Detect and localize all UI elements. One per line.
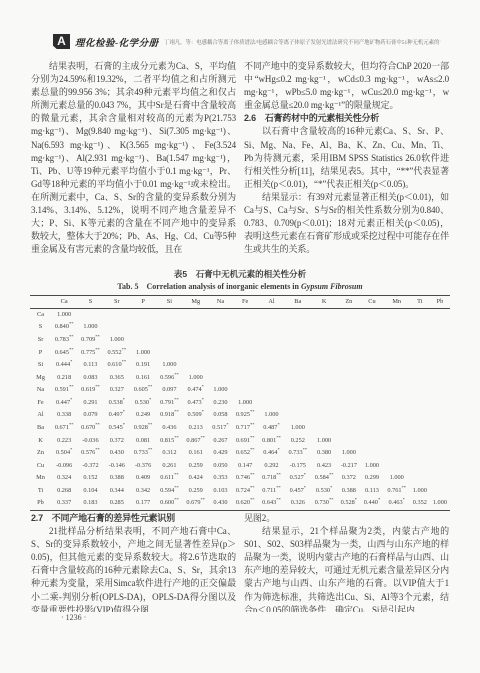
- correlation-cell: 0.152: [77, 472, 103, 485]
- correlation-cell: [209, 359, 232, 372]
- correlation-cell: 0.312: [156, 447, 182, 460]
- significance-marker: **: [95, 384, 100, 389]
- correlation-cell: 0.285: [104, 497, 130, 510]
- correlation-cell: [430, 372, 450, 385]
- correlation-method-paragraph: 以石膏中含量较高的16种元素Ca、S、Sr、P、Si、Mg、Na、Fe、Al、B…: [244, 125, 449, 190]
- running-head: 丁翊凡，等：电感耦合等离子体质谱法/电感耦合等离子体原子发射光谱法研究不同产地矿…: [164, 38, 441, 46]
- correlation-cell: 0.473*: [183, 397, 209, 410]
- table-title-en-text: Tab. 5 Correlation analysis of inorganic…: [117, 282, 301, 291]
- significance-marker: *: [202, 384, 204, 389]
- correlation-cell: 0.724**: [232, 485, 258, 498]
- correlation-cell: 0.928**: [130, 422, 156, 435]
- page-number: · 1236 ·: [31, 613, 266, 622]
- correlation-cell: [258, 346, 284, 359]
- correlation-cell: [258, 334, 284, 347]
- correlation-cell: -0.036: [77, 434, 103, 447]
- element-column-header: Fe: [232, 296, 258, 309]
- element-row-label: K: [30, 434, 51, 447]
- correlation-cell: 0.717**: [232, 422, 258, 435]
- corner-cell: [30, 296, 51, 309]
- left-column-bottom: 2.7 不同产地石膏的差异性元素识别 21批样品分析结果表明，不同产地石膏中Ca…: [31, 512, 236, 612]
- significance-marker: *: [355, 497, 357, 502]
- element-column-header: Sr: [104, 296, 130, 309]
- significance-marker: *: [202, 409, 204, 414]
- correlation-cell: [360, 346, 383, 359]
- significance-marker: **: [276, 485, 281, 490]
- correlation-cell: 0.388: [104, 472, 130, 485]
- correlation-cell: 1.000: [337, 447, 360, 460]
- table-row: K0.223-0.0360.3720.0810.815**0.867**0.26…: [30, 434, 450, 447]
- correlation-cell: 0.733**: [285, 447, 311, 460]
- correlation-cell: [360, 334, 383, 347]
- significance-marker: **: [148, 447, 153, 452]
- correlation-cell: [285, 321, 311, 334]
- significance-marker: *: [378, 497, 380, 502]
- correlation-cell: [430, 422, 450, 435]
- significance-marker: **: [250, 422, 255, 427]
- correlation-cell: [156, 334, 182, 347]
- significance-marker: **: [174, 409, 179, 414]
- correlation-cell: 0.447*: [51, 397, 77, 410]
- correlation-cell: [232, 359, 258, 372]
- correlation-cell: [337, 334, 360, 347]
- element-row-label: Ti: [30, 485, 51, 498]
- correlation-cell: 0.487*: [258, 422, 284, 435]
- significance-marker: **: [201, 497, 206, 502]
- correlation-cell: 0.801**: [258, 434, 284, 447]
- correlation-cell: 1.000: [130, 346, 156, 359]
- significance-marker: **: [95, 347, 100, 352]
- correlation-cell: 0.338: [51, 409, 77, 422]
- correlation-cell: [337, 372, 360, 385]
- correlation-cell: [360, 422, 383, 435]
- element-column-header: Si: [156, 296, 182, 309]
- element-column-header: Ti: [410, 296, 430, 309]
- correlation-cell: [156, 308, 182, 321]
- correlation-cell: 0.259: [183, 485, 209, 498]
- correlation-cell: 0.365: [104, 372, 130, 385]
- correlation-cell: [209, 321, 232, 334]
- correlation-cell: 0.761**: [384, 485, 410, 498]
- correlation-cell: 1.000: [77, 321, 103, 334]
- correlation-cell: [311, 308, 337, 321]
- element-row-label: Ba: [30, 422, 51, 435]
- correlation-cell: [104, 321, 130, 334]
- section-2-6-heading: 2.6 石膏药材中的元素相关性分析: [244, 112, 449, 125]
- table-title-en: Tab. 5 Correlation analysis of inorganic…: [0, 281, 480, 292]
- journal-name: 理化检验-化学分册: [75, 35, 159, 49]
- correlation-cell: 0.691**: [232, 434, 258, 447]
- correlation-cell: [311, 321, 337, 334]
- significance-marker: **: [250, 409, 255, 414]
- correlation-cell: [384, 346, 410, 359]
- correlation-cell: [337, 384, 360, 397]
- correlation-cell: 0.645**: [51, 346, 77, 359]
- significance-marker: *: [403, 497, 405, 502]
- correlation-cell: 0.344: [104, 485, 130, 498]
- correlation-cell: 0.268: [51, 485, 77, 498]
- element-row-label: Si: [30, 359, 51, 372]
- correlation-cell: -0.175: [285, 460, 311, 472]
- correlation-cell: 0.436: [156, 422, 182, 435]
- element-column-header: Cu: [360, 296, 383, 309]
- correlation-cell: 0.409: [130, 472, 156, 485]
- correlation-cell: 1.000: [156, 359, 182, 372]
- significance-marker: **: [174, 472, 179, 477]
- correlation-cell: 0.474*: [183, 384, 209, 397]
- correlation-cell: [410, 447, 430, 460]
- correlation-cell: [232, 308, 258, 321]
- correlation-cell: 0.815**: [156, 434, 182, 447]
- correlation-cell: [311, 397, 337, 410]
- correlation-cell: 0.380: [311, 447, 337, 460]
- correlation-cell: 0.372: [104, 434, 130, 447]
- correlation-cell: [384, 447, 410, 460]
- correlation-cell: [258, 372, 284, 385]
- element-column-header: K: [311, 296, 337, 309]
- correlation-cell: [410, 308, 430, 321]
- correlation-cell: [410, 460, 430, 472]
- correlation-cell: 0.292: [258, 460, 284, 472]
- correlation-cell: 0.424: [183, 472, 209, 485]
- significance-marker: **: [329, 497, 334, 502]
- correlation-cell: [410, 334, 430, 347]
- correlation-cell: 0.097: [156, 384, 182, 397]
- significance-marker: **: [148, 384, 153, 389]
- correlation-cell: 1.000: [209, 384, 232, 397]
- correlation-cell: [258, 384, 284, 397]
- section-2-7-heading: 2.7 不同产地石膏的差异性元素识别: [31, 512, 236, 525]
- significance-marker: **: [250, 472, 255, 477]
- correlation-cell: 0.464*: [258, 447, 284, 460]
- correlation-cell: 0.576**: [77, 447, 103, 460]
- correlation-cell: [285, 346, 311, 359]
- correlation-cell: [360, 308, 383, 321]
- correlation-cell: 0.530*: [311, 485, 337, 498]
- element-column-header: Al: [258, 296, 284, 309]
- correlation-cell: [183, 346, 209, 359]
- correlation-cell: [410, 397, 430, 410]
- correlation-cell: 0.183: [77, 497, 103, 510]
- correlation-cell: 0.652**: [232, 447, 258, 460]
- significance-marker: **: [122, 359, 127, 364]
- correlation-cell: 0.463*: [384, 497, 410, 510]
- correlation-cell: 0.538*: [104, 397, 130, 410]
- correlation-cell: [384, 397, 410, 410]
- table-title-cn: 表5 石膏中无机元素的相关性分析: [0, 268, 480, 280]
- correlation-cell: [360, 359, 383, 372]
- correlation-cell: 0.058: [209, 409, 232, 422]
- correlation-cell: [311, 422, 337, 435]
- correlation-cell: [410, 434, 430, 447]
- correlation-cell: 0.711**: [258, 485, 284, 498]
- table-row: Sr0.783**0.709**1.000: [30, 334, 450, 347]
- correlation-cell: 0.161: [130, 372, 156, 385]
- correlation-cell: [258, 308, 284, 321]
- correlation-cell: [360, 321, 383, 334]
- correlation-cell: [258, 397, 284, 410]
- correlation-cell: 0.545*: [104, 422, 130, 435]
- correlation-cell: 0.218: [51, 372, 77, 385]
- correlation-cell: [285, 372, 311, 385]
- significance-marker: **: [250, 497, 255, 502]
- table-row: Pb0.3370.1830.2850.1770.600**0.679**0.43…: [30, 497, 450, 510]
- correlation-cell: [285, 308, 311, 321]
- correlation-cell: [258, 321, 284, 334]
- element-row-label: Ca: [30, 308, 51, 321]
- significance-marker: *: [149, 397, 151, 402]
- correlation-cell: [384, 372, 410, 385]
- correlation-cell: 0.083: [77, 372, 103, 385]
- correlation-cell: 0.527*: [285, 472, 311, 485]
- correlation-cell: [430, 434, 450, 447]
- correlation-cell: [232, 334, 258, 347]
- correlation-cell: 0.249: [130, 409, 156, 422]
- correlation-cell: 0.594**: [156, 485, 182, 498]
- correlation-cell: 0.337: [51, 497, 77, 510]
- correlation-cell: 0.610**: [104, 359, 130, 372]
- correlation-cell: [311, 372, 337, 385]
- correlation-cell: [209, 334, 232, 347]
- correlation-cell: [311, 346, 337, 359]
- correlation-cell: [209, 308, 232, 321]
- correlation-cell: 0.353: [209, 472, 232, 485]
- correlation-cell: 0.177: [130, 497, 156, 510]
- significance-marker: **: [95, 447, 100, 452]
- correlation-cell: [360, 447, 383, 460]
- correlation-cell: 0.423: [311, 460, 337, 472]
- correlation-cell: [311, 384, 337, 397]
- correlation-cell: 0.504*: [51, 447, 77, 460]
- correlation-table: CaSSrPSiMgNaFeAlBaKZnCuMnTiPb Ca1.000S0.…: [30, 295, 450, 511]
- significance-marker: **: [402, 485, 407, 490]
- correlation-cell: 0.213: [183, 422, 209, 435]
- correlation-cell: -0.096: [51, 460, 77, 472]
- correlation-cell: 0.324: [51, 472, 77, 485]
- table-row: S0.840**1.000: [30, 321, 450, 334]
- correlation-cell: 0.611**: [156, 472, 182, 485]
- correlation-cell: [130, 334, 156, 347]
- correlation-cell: 0.352: [410, 497, 430, 510]
- correlation-cell: [285, 397, 311, 410]
- correlation-cell: 0.161: [183, 447, 209, 460]
- correlation-cell: 0.440*: [360, 497, 383, 510]
- element-column-header: Na: [209, 296, 232, 309]
- correlation-cell: 1.000: [384, 472, 410, 485]
- correlation-cell: [183, 334, 209, 347]
- correlation-cell: [410, 321, 430, 334]
- element-row-label: Al: [30, 409, 51, 422]
- table-row: Mg0.2180.0830.3650.1610.596**1.000: [30, 372, 450, 385]
- correlation-cell: 0.730**: [311, 497, 337, 510]
- correlation-cell: [311, 359, 337, 372]
- correlation-cell: 0.783**: [51, 334, 77, 347]
- correlation-cell: [410, 372, 430, 385]
- correlation-cell: [430, 359, 450, 372]
- element-row-label: S: [30, 321, 51, 334]
- correlation-cell: [77, 308, 103, 321]
- table-header-row: CaSSrPSiMgNaFeAlBaKZnCuMnTiPb: [30, 296, 450, 309]
- table-row: Al0.3380.0790.497*0.2490.918**0.509*0.05…: [30, 409, 450, 422]
- correlation-cell: [430, 308, 450, 321]
- correlation-cell: [337, 422, 360, 435]
- correlation-cell: 1.000: [430, 497, 450, 510]
- correlation-cell: 0.671**: [51, 422, 77, 435]
- significance-marker: *: [123, 397, 125, 402]
- correlation-cell: [183, 359, 209, 372]
- correlation-cell: 0.528*: [337, 497, 360, 510]
- correlation-cell: -0.146: [104, 460, 130, 472]
- correlation-cell: 0.840**: [51, 321, 77, 334]
- significance-marker: **: [276, 472, 281, 477]
- element-column-header: Ba: [285, 296, 311, 309]
- correlation-cell: [430, 397, 450, 410]
- correlation-cell: -0.372: [77, 460, 103, 472]
- correlation-cell: [430, 334, 450, 347]
- element-row-label: Mg: [30, 372, 51, 385]
- correlation-cell: 0.147: [232, 460, 258, 472]
- correlation-cell: [337, 321, 360, 334]
- correlation-cell: 0.429: [209, 447, 232, 460]
- correlation-cell: [360, 372, 383, 385]
- significance-marker: *: [330, 485, 332, 490]
- correlation-cell: [410, 409, 430, 422]
- correlation-cell: 0.791**: [156, 397, 182, 410]
- significance-marker: **: [69, 334, 74, 339]
- correlation-cell: [337, 434, 360, 447]
- table-row: Cu-0.096-0.372-0.146-0.3760.2610.2590.05…: [30, 460, 450, 472]
- element-row-label: P: [30, 346, 51, 359]
- element-row-label: Fe: [30, 397, 51, 410]
- significance-marker: *: [226, 422, 228, 427]
- significance-marker: **: [69, 422, 74, 427]
- correlation-cell: 0.252: [285, 434, 311, 447]
- significance-marker: **: [303, 447, 308, 452]
- correlation-cell: 0.497*: [104, 409, 130, 422]
- correlation-cell: 0.643**: [258, 497, 284, 510]
- correlation-cell: [311, 334, 337, 347]
- correlation-cell: [209, 346, 232, 359]
- correlation-cell: [183, 321, 209, 334]
- correlation-cell: 0.104: [77, 485, 103, 498]
- correlation-cell: [337, 397, 360, 410]
- significance-marker: **: [174, 485, 179, 490]
- correlation-cell: 0.918**: [156, 409, 182, 422]
- correlation-cell: 1.000: [232, 397, 258, 410]
- correlation-cell: 0.600**: [156, 497, 182, 510]
- correlation-cell: 0.591**: [51, 384, 77, 397]
- top-columns: 结果表明，石膏的主成分元素为Ca、S，平均值分别为24.59%和19.32%，二…: [31, 60, 449, 264]
- correlation-cell: 1.000: [258, 409, 284, 422]
- significance-marker: *: [123, 422, 125, 427]
- significance-marker: *: [70, 359, 72, 364]
- element-column-header: Zn: [337, 296, 360, 309]
- correlation-cell: [360, 397, 383, 410]
- correlation-cell: [430, 346, 450, 359]
- correlation-cell: [430, 485, 450, 498]
- correlation-cell: 0.113: [360, 485, 383, 498]
- correlation-cell: [232, 321, 258, 334]
- correlation-cell: [430, 409, 450, 422]
- limits-paragraph: 不同产地中的变异系数较大，但均符合ChP 2020一部中“wHg≤0.2 mg·…: [244, 60, 449, 112]
- correlation-cell: 1.000: [311, 434, 337, 447]
- correlation-cell: [337, 346, 360, 359]
- table-row: Si0.444*0.1130.610**0.1911.000: [30, 359, 450, 372]
- table-row: Ca1.000: [30, 308, 450, 321]
- figure-ref-paragraph: 见图2。: [244, 512, 449, 525]
- correlation-cell: [384, 308, 410, 321]
- results-paragraph: 结果表明，石膏的主成分元素为Ca、S，平均值分别为24.59%和19.32%，二…: [31, 60, 236, 256]
- correlation-cell: 0.444*: [51, 359, 77, 372]
- correlation-cell: [337, 308, 360, 321]
- correlation-cell: [285, 409, 311, 422]
- correlation-cell: [337, 409, 360, 422]
- correlation-cell: [410, 346, 430, 359]
- correlation-cell: 0.326: [285, 497, 311, 510]
- table-row: Na0.591**0.619**0.3270.605**0.0970.474*1…: [30, 384, 450, 397]
- significance-marker: *: [70, 447, 72, 452]
- correlation-cell: 0.457*: [285, 485, 311, 498]
- correlation-cell: [337, 359, 360, 372]
- significance-marker: **: [201, 435, 206, 440]
- correlation-cell: 0.267: [209, 434, 232, 447]
- left-column-top: 结果表明，石膏的主成分元素为Ca、S，平均值分别为24.59%和19.32%，二…: [31, 60, 236, 264]
- correlation-cell: 0.596**: [156, 372, 182, 385]
- correlation-cell: 0.552**: [104, 346, 130, 359]
- correlation-cell: [430, 460, 450, 472]
- element-row-label: Cu: [30, 460, 51, 472]
- correlation-cell: 0.291: [77, 397, 103, 410]
- correlation-cell: [232, 346, 258, 359]
- correlation-cell: [360, 434, 383, 447]
- correlation-cell: 1.000: [285, 422, 311, 435]
- correlation-cell: [384, 409, 410, 422]
- correlation-cell: [360, 384, 383, 397]
- correlation-cell: [410, 472, 430, 485]
- cluster-result-paragraph: 结果显示，21个样品聚为2类，内蒙古产地的S01、S02、S03样品聚为一类，山…: [244, 525, 449, 612]
- table-row: Mn0.3240.1520.3880.4090.611**0.4240.3530…: [30, 472, 450, 485]
- correlation-result-paragraph: 结果显示：有39对元素显著正相关(p＜0.01)，如Ca与S、Ca与Sr、S与S…: [244, 191, 449, 256]
- significance-marker: *: [70, 397, 72, 402]
- correlation-cell: 0.191: [130, 359, 156, 372]
- correlation-cell: 1.000: [104, 334, 130, 347]
- significance-marker: **: [95, 422, 100, 427]
- significance-marker: **: [69, 384, 74, 389]
- correlation-cell: 0.775**: [77, 346, 103, 359]
- correlation-cell: [410, 359, 430, 372]
- paper-page: A 理化检验-化学分册 丁翊凡，等：电感耦合等离子体质谱法/电感耦合等离子体原子…: [0, 0, 480, 673]
- correlation-cell: [258, 359, 284, 372]
- correlation-cell: 1.000: [360, 460, 383, 472]
- right-column-top: 不同产地中的变异系数较大，但均符合ChP 2020一部中“wHg≤0.2 mg·…: [244, 60, 449, 264]
- table-row: Fe0.447*0.2910.538*0.530*0.791**0.473*0.…: [30, 397, 450, 410]
- significance-marker: *: [123, 409, 125, 414]
- element-row-label: Sr: [30, 334, 51, 347]
- correlation-cell: 0.605**: [130, 384, 156, 397]
- journal-logo-icon: A: [53, 34, 70, 49]
- correlation-cell: 0.670**: [77, 422, 103, 435]
- significance-marker: *: [277, 422, 279, 427]
- significance-marker: **: [174, 435, 179, 440]
- table-row: P0.645**0.775**0.552**1.000: [30, 346, 450, 359]
- significance-marker: **: [250, 485, 255, 490]
- significance-marker: **: [69, 321, 74, 326]
- correlation-cell: [232, 372, 258, 385]
- correlation-cell: 0.372: [337, 472, 360, 485]
- correlation-cell: 0.679**: [183, 497, 209, 510]
- element-row-label: Mn: [30, 472, 51, 485]
- correlation-cell: 0.103: [209, 485, 232, 498]
